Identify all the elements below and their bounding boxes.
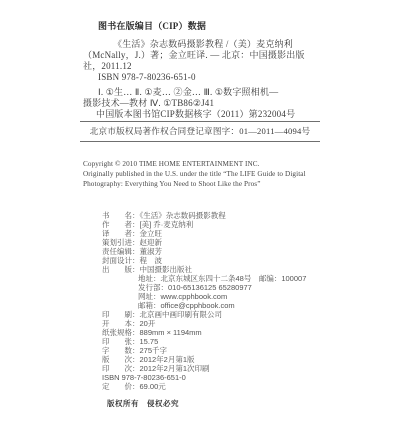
copyright-line-2: Originally published in the U.S. under t… <box>83 169 328 179</box>
cip-classification-line-1: Ⅰ. ①生… Ⅱ. ①麦… ②金… Ⅲ. ①数字照相机— <box>98 87 325 98</box>
pub-row-email: 邮箱：office@cpphbook.com <box>102 301 352 310</box>
copyright-registration-strip: 北京市版权局著作权合同登记章图字：01—2011—4094号 <box>80 121 320 142</box>
pub-sub-line: 网址：www.cpphbook.com <box>138 292 227 301</box>
pub-value: 69.00元 <box>140 382 166 391</box>
pub-label: 出 版： <box>102 265 140 274</box>
pub-label: 纸张规格： <box>102 328 140 337</box>
pub-row-printer: 印 刷：北京画中画印刷有限公司 <box>102 310 352 319</box>
cip-heading: 图书在版编目（CIP）数据 <box>98 21 325 32</box>
pub-label: 封面设计： <box>102 256 140 265</box>
pub-label: 开 本： <box>102 319 140 328</box>
pub-value: 北京画中画印刷有限公司 <box>140 310 223 319</box>
pub-row-editor: 责任编辑：董淑芳 <box>102 247 352 256</box>
pub-value: 中国摄影出版社 <box>140 265 193 274</box>
pub-label: 版 次： <box>102 355 140 364</box>
pub-row-website: 网址：www.cpphbook.com <box>102 292 352 301</box>
pub-label: 译 者： <box>102 229 140 238</box>
pub-row-sheets: 印 张：15.75 <box>102 337 352 346</box>
pub-value: 978-7-80236-651-0 <box>122 373 186 382</box>
pub-value: 20开 <box>140 319 156 328</box>
pub-sub-line: 邮箱：office@cpphbook.com <box>138 301 235 310</box>
pub-value: 董淑芳 <box>140 247 163 256</box>
pub-label: 印 次： <box>102 364 140 373</box>
pub-row-publisher: 出 版：中国摄影出版社 <box>102 265 352 274</box>
cip-block: 图书在版编目（CIP）数据 《生活》杂志数码摄影教程 /（美）麦克纳利 （McN… <box>83 21 325 120</box>
pub-value: 程 波 <box>140 256 163 265</box>
copyright-line-1: Copyright © 2010 TIME HOME ENTERTAINMENT… <box>83 159 328 169</box>
pub-row-price: 定 价：69.00元 <box>102 382 352 391</box>
pub-row-printing: 印 次：2012年2月第1次印刷 <box>102 364 352 373</box>
pub-value: 2012年2月第1次印刷 <box>140 364 210 373</box>
copyright-line-3: Photography: Everything You Need to Shoo… <box>83 179 328 189</box>
pub-value: 275千字 <box>140 346 168 355</box>
pub-sub-line: 发行部：010-65136125 65280977 <box>138 283 252 292</box>
english-copyright-block: Copyright © 2010 TIME HOME ENTERTAINMENT… <box>83 159 328 189</box>
pub-row-word-count: 字 数：275千字 <box>102 346 352 355</box>
pub-row-paper-size: 纸张规格：889mm × 1194mm <box>102 328 352 337</box>
pub-row-isbn: ISBN 978-7-80236-651-0 <box>102 373 352 382</box>
pub-row-acquisition: 策划引进：赵迎新 <box>102 238 352 247</box>
cip-publisher-line: 社，2011.12 <box>83 61 325 72</box>
cip-author-line: （McNally，J.）著；金立旺译. — 北京：中国摄影出版 <box>83 50 325 61</box>
pub-label: 定 价： <box>102 382 140 391</box>
pub-row-format: 开 本：20开 <box>102 319 352 328</box>
pub-label: ISBN <box>102 373 122 382</box>
publication-info-table: 书 名：《生活》杂志数码摄影教程 作 者：[美] 乔·麦克纳利 译 者：金立旺 … <box>102 211 352 391</box>
pub-row-title: 书 名：《生活》杂志数码摄影教程 <box>102 211 352 220</box>
pub-value: 15.75 <box>140 337 159 346</box>
cip-title-line: 《生活》杂志数码摄影教程 /（美）麦克纳利 <box>113 39 325 50</box>
pub-row-translator: 译 者：金立旺 <box>102 229 352 238</box>
pub-label: 字 数： <box>102 346 140 355</box>
pub-sub-line: 地址：北京东城区东四十二条48号 邮编：100007 <box>138 274 306 283</box>
rights-reserved-notice: 版权所有 侵权必究 <box>107 398 179 409</box>
cip-isbn-line: ISBN 978-7-80236-651-0 <box>98 72 325 83</box>
pub-row-distribution-phone: 发行部：010-65136125 65280977 <box>102 283 352 292</box>
cip-classification-line-2: 摄影技术—教材 Ⅳ. ①TB86②J41 <box>83 98 325 109</box>
book-copyright-page: 图书在版编目（CIP）数据 《生活》杂志数码摄影教程 /（美）麦克纳利 （McN… <box>0 0 400 439</box>
pub-row-author: 作 者：[美] 乔·麦克纳利 <box>102 220 352 229</box>
pub-value: [美] 乔·麦克纳利 <box>140 220 194 229</box>
cip-record-number-line: 中国版本图书馆CIP数据核字（2011）第232004号 <box>96 109 325 120</box>
pub-value: 《生活》杂志数码摄影教程 <box>140 211 226 220</box>
registration-number-text: 北京市版权局著作权合同登记章图字：01—2011—4094号 <box>90 126 311 136</box>
pub-label: 作 者： <box>102 220 140 229</box>
pub-row-address: 地址：北京东城区东四十二条48号 邮编：100007 <box>102 274 352 283</box>
pub-label: 责任编辑： <box>102 247 140 256</box>
pub-value: 889mm × 1194mm <box>140 328 202 337</box>
pub-label: 印 张： <box>102 337 140 346</box>
pub-label: 策划引进： <box>102 238 140 247</box>
pub-label: 书 名： <box>102 211 140 220</box>
pub-value: 金立旺 <box>140 229 163 238</box>
pub-label: 印 刷： <box>102 310 140 319</box>
pub-row-edition: 版 次：2012年2月第1版 <box>102 355 352 364</box>
pub-value: 2012年2月第1版 <box>140 355 195 364</box>
pub-row-cover-design: 封面设计：程 波 <box>102 256 352 265</box>
pub-value: 赵迎新 <box>140 238 163 247</box>
